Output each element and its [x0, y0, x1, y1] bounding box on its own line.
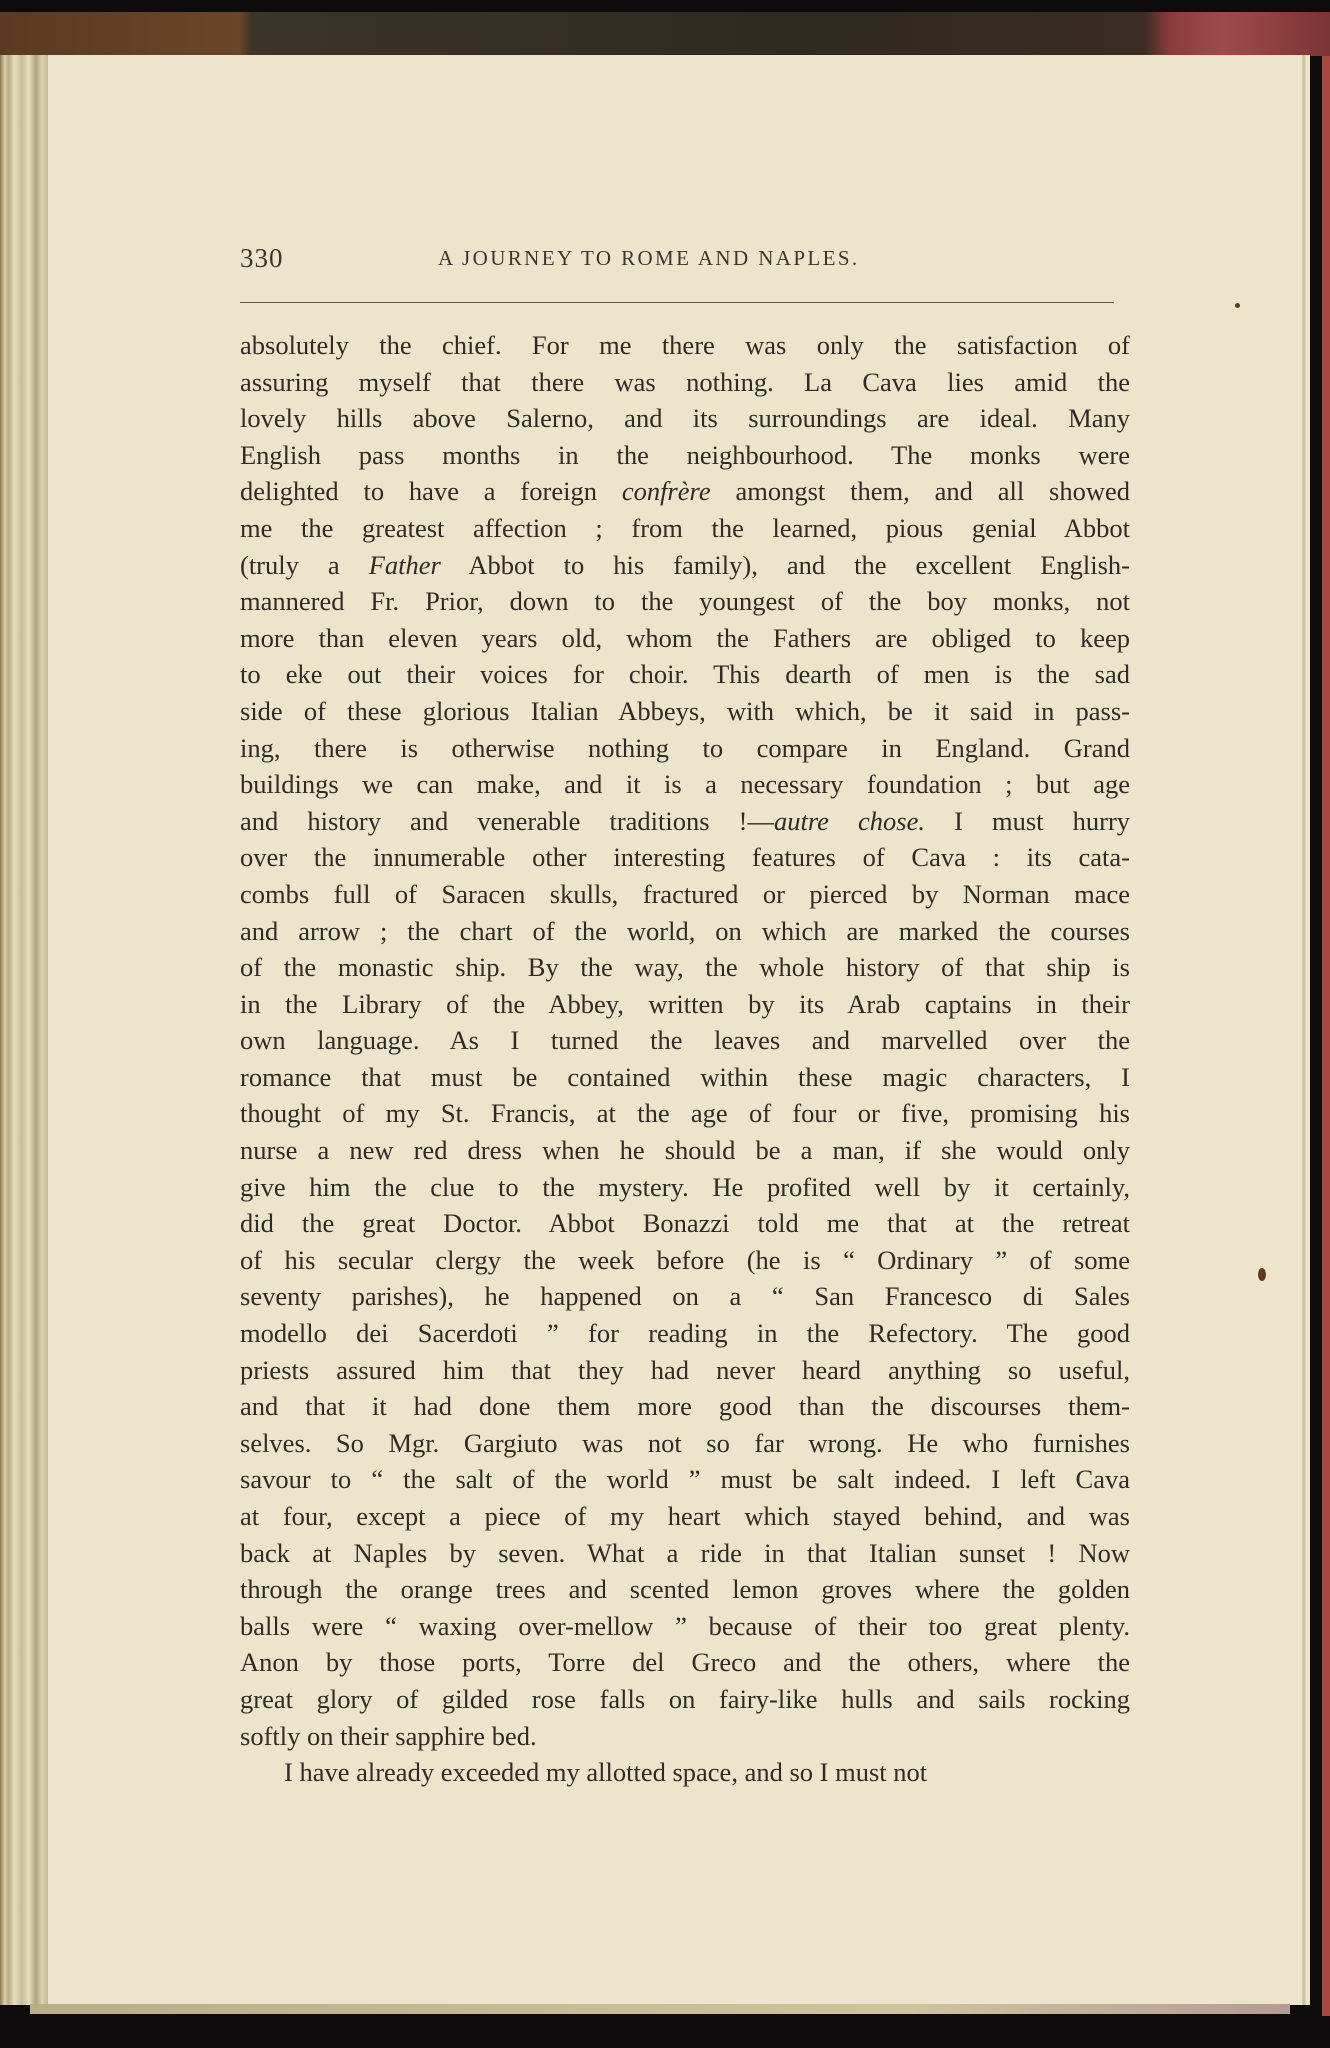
text-line: modello dei Sacerdoti ” for reading in t…	[240, 1315, 1130, 1352]
text-line: delighted to have a foreign confrère amo…	[240, 473, 1130, 510]
text-line: (truly a Father Abbot to his family), an…	[240, 547, 1130, 584]
text-line: over the innumerable other interesting f…	[240, 839, 1130, 876]
text-line: own language. As I turned the leaves and…	[240, 1022, 1130, 1059]
text-line: combs full of Saracen skulls, fractured …	[240, 876, 1130, 913]
text-line: seventy parishes), he happened on a “ Sa…	[240, 1278, 1130, 1315]
text-line: at four, except a piece of my heart whic…	[240, 1498, 1130, 1535]
text-line: and that it had done them more good than…	[240, 1388, 1130, 1425]
text-line: ing, there is otherwise nothing to compa…	[240, 730, 1130, 767]
text-line: great glory of gilded rose falls on fair…	[240, 1681, 1130, 1718]
page-fold-edge	[1302, 55, 1306, 2005]
book-binding-right	[1322, 56, 1330, 2016]
text-line: assuring myself that there was nothing. …	[240, 364, 1130, 401]
page-gutter-edges	[0, 55, 48, 2005]
foxing-spot	[1235, 303, 1240, 308]
text-line: selves. So Mgr. Gargiuto was not so far …	[240, 1425, 1130, 1462]
text-line: nurse a new red dress when he should be …	[240, 1132, 1130, 1169]
running-head: 330 A JOURNEY TO ROME AND NAPLES.	[240, 243, 1115, 273]
text-line: to eke out their voices for choir. This …	[240, 656, 1130, 693]
text-line: did the great Doctor. Abbot Bonazzi told…	[240, 1205, 1130, 1242]
italic-text: Father	[369, 550, 441, 580]
book-binding-top	[0, 12, 1330, 56]
text-line: back at Naples by seven. What a ride in …	[240, 1535, 1130, 1572]
text-line: balls were “ waxing over-mellow ” becaus…	[240, 1608, 1130, 1645]
italic-text: autre chose.	[774, 806, 925, 836]
text-line: through the orange trees and scented lem…	[240, 1571, 1130, 1608]
text-line: side of these glorious Italian Abbeys, w…	[240, 693, 1130, 730]
text-line: absolutely the chief. For me there was o…	[240, 327, 1130, 364]
header-rule	[240, 302, 1114, 303]
foxing-spot	[1258, 1268, 1266, 1281]
text-line: buildings we can make, and it is a neces…	[240, 766, 1130, 803]
page-number: 330	[240, 243, 284, 274]
book-binding-bottom	[30, 2004, 1290, 2014]
text-line: I have already exceeded my allotted spac…	[240, 1754, 1130, 1791]
text-line: lovely hills above Salerno, and its surr…	[240, 400, 1130, 437]
text-line: thought of my St. Francis, at the age of…	[240, 1095, 1130, 1132]
text-line: and arrow ; the chart of the world, on w…	[240, 913, 1130, 950]
text-line: me the greatest affection ; from the lea…	[240, 510, 1130, 547]
text-line: savour to “ the salt of the world ” must…	[240, 1461, 1130, 1498]
text-line: English pass months in the neighbourhood…	[240, 437, 1130, 474]
running-title: A JOURNEY TO ROME AND NAPLES.	[438, 246, 860, 271]
text-line: and history and venerable traditions !—a…	[240, 803, 1130, 840]
text-line: of his secular clergy the week before (h…	[240, 1242, 1130, 1279]
text-line: mannered Fr. Prior, down to the youngest…	[240, 583, 1130, 620]
text-line: of the monastic ship. By the way, the wh…	[240, 949, 1130, 986]
text-line: softly on their sapphire bed.	[240, 1718, 1130, 1755]
text-line: give him the clue to the mystery. He pro…	[240, 1169, 1130, 1206]
body-text: absolutely the chief. For me there was o…	[240, 327, 1130, 1791]
text-line: priests assured him that they had never …	[240, 1352, 1130, 1389]
text-line: more than eleven years old, whom the Fat…	[240, 620, 1130, 657]
text-line: Anon by those ports, Torre del Greco and…	[240, 1644, 1130, 1681]
text-line: in the Library of the Abbey, written by …	[240, 986, 1130, 1023]
text-line: romance that must be contained within th…	[240, 1059, 1130, 1096]
italic-text: confrère	[622, 476, 711, 506]
